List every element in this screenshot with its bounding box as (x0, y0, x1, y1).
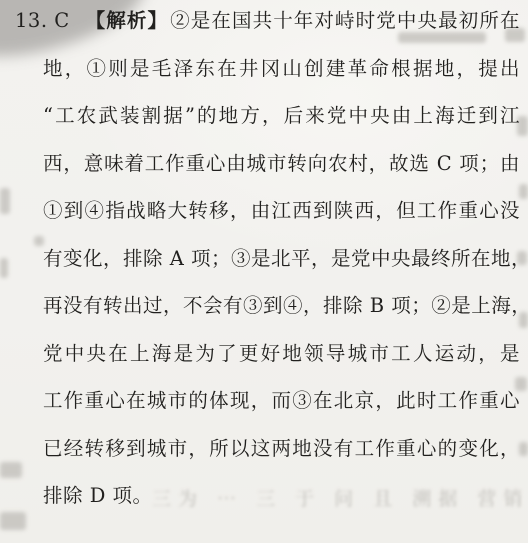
answer-line-1: 13. C 【解析】②是在国共十年对峙时党中央最初所在 (15, 0, 520, 45)
answer-line-7: 再没有转出过，不会有③到④，排除 B 项；②是上海， (43, 282, 520, 330)
answer-line-4: 西，意味着工作重心由城市转向农村，故选 C 项；由 (43, 140, 520, 188)
scanned-answer-page: 13. C 【解析】②是在国共十年对峙时党中央最初所在 地，①则是毛泽东在井冈山… (0, 0, 528, 543)
answer-line-8: 党中央在上海是为了更好地领导城市工人运动，是 (43, 330, 520, 378)
answer-line-9: 工作重心在城市的体现，而③在北京，此时工作重心 (43, 377, 520, 425)
analysis-text-start: ②是在国共十年对峙时党中央最初所在 (170, 9, 520, 32)
answer-line-2: 地，①则是毛泽东在井冈山创建革命根据地，提出 (43, 45, 520, 93)
answer-line-10: 已经转移到城市，所以这两地没有工作重心的变化， (43, 425, 520, 473)
answer-explanation-block: 13. C 【解析】②是在国共十年对峙时党中央最初所在 地，①则是毛泽东在井冈山… (0, 0, 528, 520)
answer-line-6: 有变化，排除 A 项；③是北平，是党中央最终所在地， (43, 235, 520, 283)
answer-line-11: 排除 D 项。 (43, 472, 520, 520)
answer-line-1-text: 【解析】②是在国共十年对峙时党中央最初所在 (86, 0, 520, 45)
question-number-and-answer: 13. C (15, 0, 70, 45)
answer-line-3: “工农武装割据”的地方，后来党中央由上海迁到江 (43, 92, 520, 140)
answer-line-5: ①到④指战略大转移，由江西到陕西，但工作重心没 (43, 187, 520, 235)
analysis-label: 【解析】 (86, 9, 168, 32)
